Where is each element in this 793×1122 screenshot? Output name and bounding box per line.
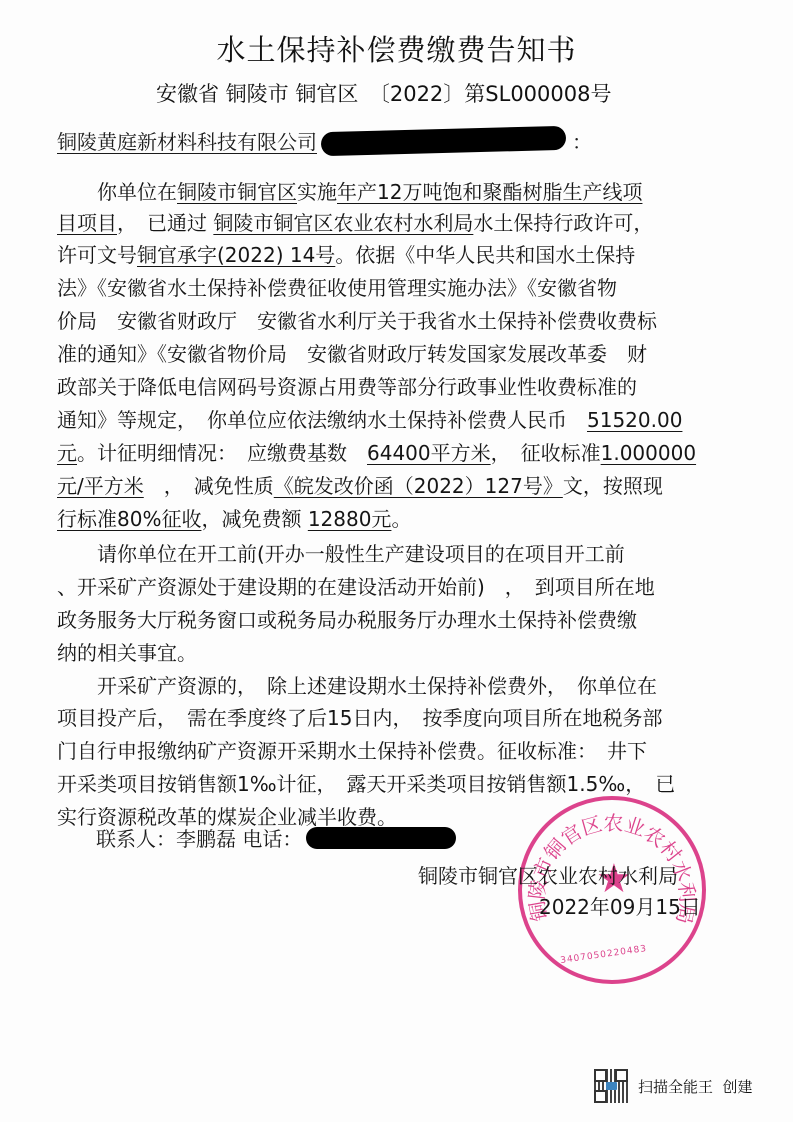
body-text: 请你单位在开工前(开办一般性生产建设项目的在项目开工前	[57, 542, 625, 566]
body-line: 通知》等规定， 你单位应依法缴纳水土保持补偿费人民币 51520.00	[57, 408, 682, 432]
body-text: 。依据《中华人民共和国水土保持	[335, 243, 635, 267]
contact-line: 联系人：李鹏磊 电话：	[96, 823, 456, 852]
body-text: 实施	[297, 180, 337, 204]
body-line: 请你单位在开工前(开办一般性生产建设项目的在项目开工前	[57, 542, 625, 566]
scanner-watermark: 扫描全能王 创建	[594, 1069, 753, 1103]
body-text: 水土保持行政许可，	[473, 211, 653, 235]
body-line: 政部关于降低电信网码号资源占用费等部分行政事业性收费标准的	[57, 375, 637, 399]
body-text: ， 减免性质	[144, 474, 274, 498]
body-text: 文，按照现	[563, 474, 663, 498]
body-text: 开采矿产资源的， 除上述建设期水土保持补偿费外， 你单位在	[57, 674, 657, 698]
filled-field: 12880元	[308, 507, 392, 531]
signing-organization: 铜陵市铜官区农业农村水利局	[418, 860, 678, 889]
body-text: 门自行申报缴纳矿产资源开采期水土保持补偿费。征收标准： 井下	[57, 739, 647, 763]
body-line: 、开采矿产资源处于建设期的在建设活动开始前) ， 到项目所在地	[57, 575, 655, 599]
redacted-phone	[306, 827, 456, 849]
body-line: 纳的相关事宜。	[57, 641, 197, 665]
body-text: 项目投产后， 需在季度终了后15日内， 按季度向项目所在地税务部	[57, 706, 662, 730]
contact-label: 联系人：李鹏磊 电话：	[96, 823, 302, 852]
body-text: 政务服务大厅税务窗口或税务局办税服务厅办理水土保持补偿费缴	[57, 608, 637, 632]
body-line: 法》《安徽省水土保持补偿费征收使用管理实施办法》《安徽省物	[57, 276, 617, 300]
filled-field: 行标准80%征收	[57, 507, 201, 531]
body-text: 纳的相关事宜。	[57, 641, 197, 665]
filled-field: 铜陵市铜官区农业农村水利局	[213, 211, 473, 235]
addressee-colon: ：	[572, 126, 592, 155]
body-text: 许可文号	[57, 243, 137, 267]
body-text: 开采类项目按销售额1‰计征， 露天开采类项目按销售额1.5‰， 已	[57, 772, 675, 796]
filled-field: 铜官承字(2022) 14号	[137, 243, 335, 267]
addressee-line: 铜陵黄庭新材料科技有限公司 ：	[57, 126, 592, 155]
body-text: 法》《安徽省水土保持补偿费征收使用管理实施办法》《安徽省物	[57, 276, 617, 300]
body-text: 。计征明细情况： 应缴费基数	[77, 441, 367, 465]
addressee-company: 铜陵黄庭新材料科技有限公司	[57, 126, 317, 155]
body-text: ， 已通过	[117, 211, 213, 235]
document-page: 水土保持补偿费缴费告知书 安徽省 铜陵市 铜官区 〔2022〕第SL000008…	[0, 0, 793, 1122]
body-text: 。	[391, 507, 411, 531]
filled-field: 64400平方米	[367, 441, 491, 465]
filled-field: 1.000000	[601, 441, 696, 465]
filled-field: 51520.00	[587, 408, 682, 432]
body-line: 开采类项目按销售额1‰计征， 露天开采类项目按销售额1.5‰， 已	[57, 772, 675, 796]
redacted-credit-code	[321, 125, 567, 155]
body-text: 、开采矿产资源处于建设期的在建设活动开始前) ， 到项目所在地	[57, 575, 655, 599]
filled-field: 年产12万吨饱和聚酯树脂生产线项	[337, 180, 642, 204]
filled-field: 《皖发改价函（2022）127号》	[274, 474, 563, 498]
body-text: 通知》等规定， 你单位应依法缴纳水土保持补偿费人民币	[57, 408, 587, 432]
body-text: ，减免费额	[201, 507, 307, 531]
body-line: 行标准80%征收，减免费额 12880元。	[57, 507, 411, 531]
body-line: 你单位在铜陵市铜官区实施年产12万吨饱和聚酯树脂生产线项	[57, 180, 642, 204]
body-text: ， 征收标准	[491, 441, 601, 465]
body-text: 政部关于降低电信网码号资源占用费等部分行政事业性收费标准的	[57, 375, 637, 399]
body-text: 准的通知》《安徽省物价局 安徽省财政厅转发国家发展改革委 财	[57, 342, 647, 366]
body-line: 元/平方米 ， 减免性质《皖发改价函（2022）127号》文，按照现	[57, 474, 663, 498]
filled-field: 铜陵市铜官区	[177, 180, 297, 204]
body-line: 政务服务大厅税务窗口或税务局办税服务厅办理水土保持补偿费缴	[57, 608, 637, 632]
document-title: 水土保持补偿费缴费告知书	[0, 28, 793, 69]
watermark-text: 扫描全能王 创建	[638, 1076, 753, 1097]
body-text: 你单位在	[57, 180, 177, 204]
body-line: 元。计征明细情况： 应缴费基数 64400平方米， 征收标准1.000000	[57, 441, 696, 465]
signing-date: 2022年09月15日	[539, 891, 701, 920]
body-line: 价局 安徽省财政厅 安徽省水利厅关于我省水土保持补偿费收费标	[57, 309, 657, 333]
official-seal: 铜陵市铜官区农业农村水利局 ★ 3407050220483	[518, 796, 706, 984]
body-line: 准的通知》《安徽省物价局 安徽省财政厅转发国家发展改革委 财	[57, 342, 647, 366]
body-line: 目项目， 已通过 铜陵市铜官区农业农村水利局水土保持行政许可，	[57, 211, 653, 235]
body-line: 开采矿产资源的， 除上述建设期水土保持补偿费外， 你单位在	[57, 674, 657, 698]
body-line: 项目投产后， 需在季度终了后15日内， 按季度向项目所在地税务部	[57, 706, 662, 730]
qr-code-icon	[594, 1069, 628, 1103]
body-line: 许可文号铜官承字(2022) 14号。依据《中华人民共和国水土保持	[57, 243, 635, 267]
document-number: 安徽省 铜陵市 铜官区 〔2022〕第SL000008号	[156, 78, 612, 108]
filled-field: 元	[57, 441, 77, 465]
filled-field: 元/平方米	[57, 474, 144, 498]
body-text: 价局 安徽省财政厅 安徽省水利厅关于我省水土保持补偿费收费标	[57, 309, 657, 333]
body-line: 门自行申报缴纳矿产资源开采期水土保持补偿费。征收标准： 井下	[57, 739, 647, 763]
filled-field: 目项目	[57, 211, 117, 235]
